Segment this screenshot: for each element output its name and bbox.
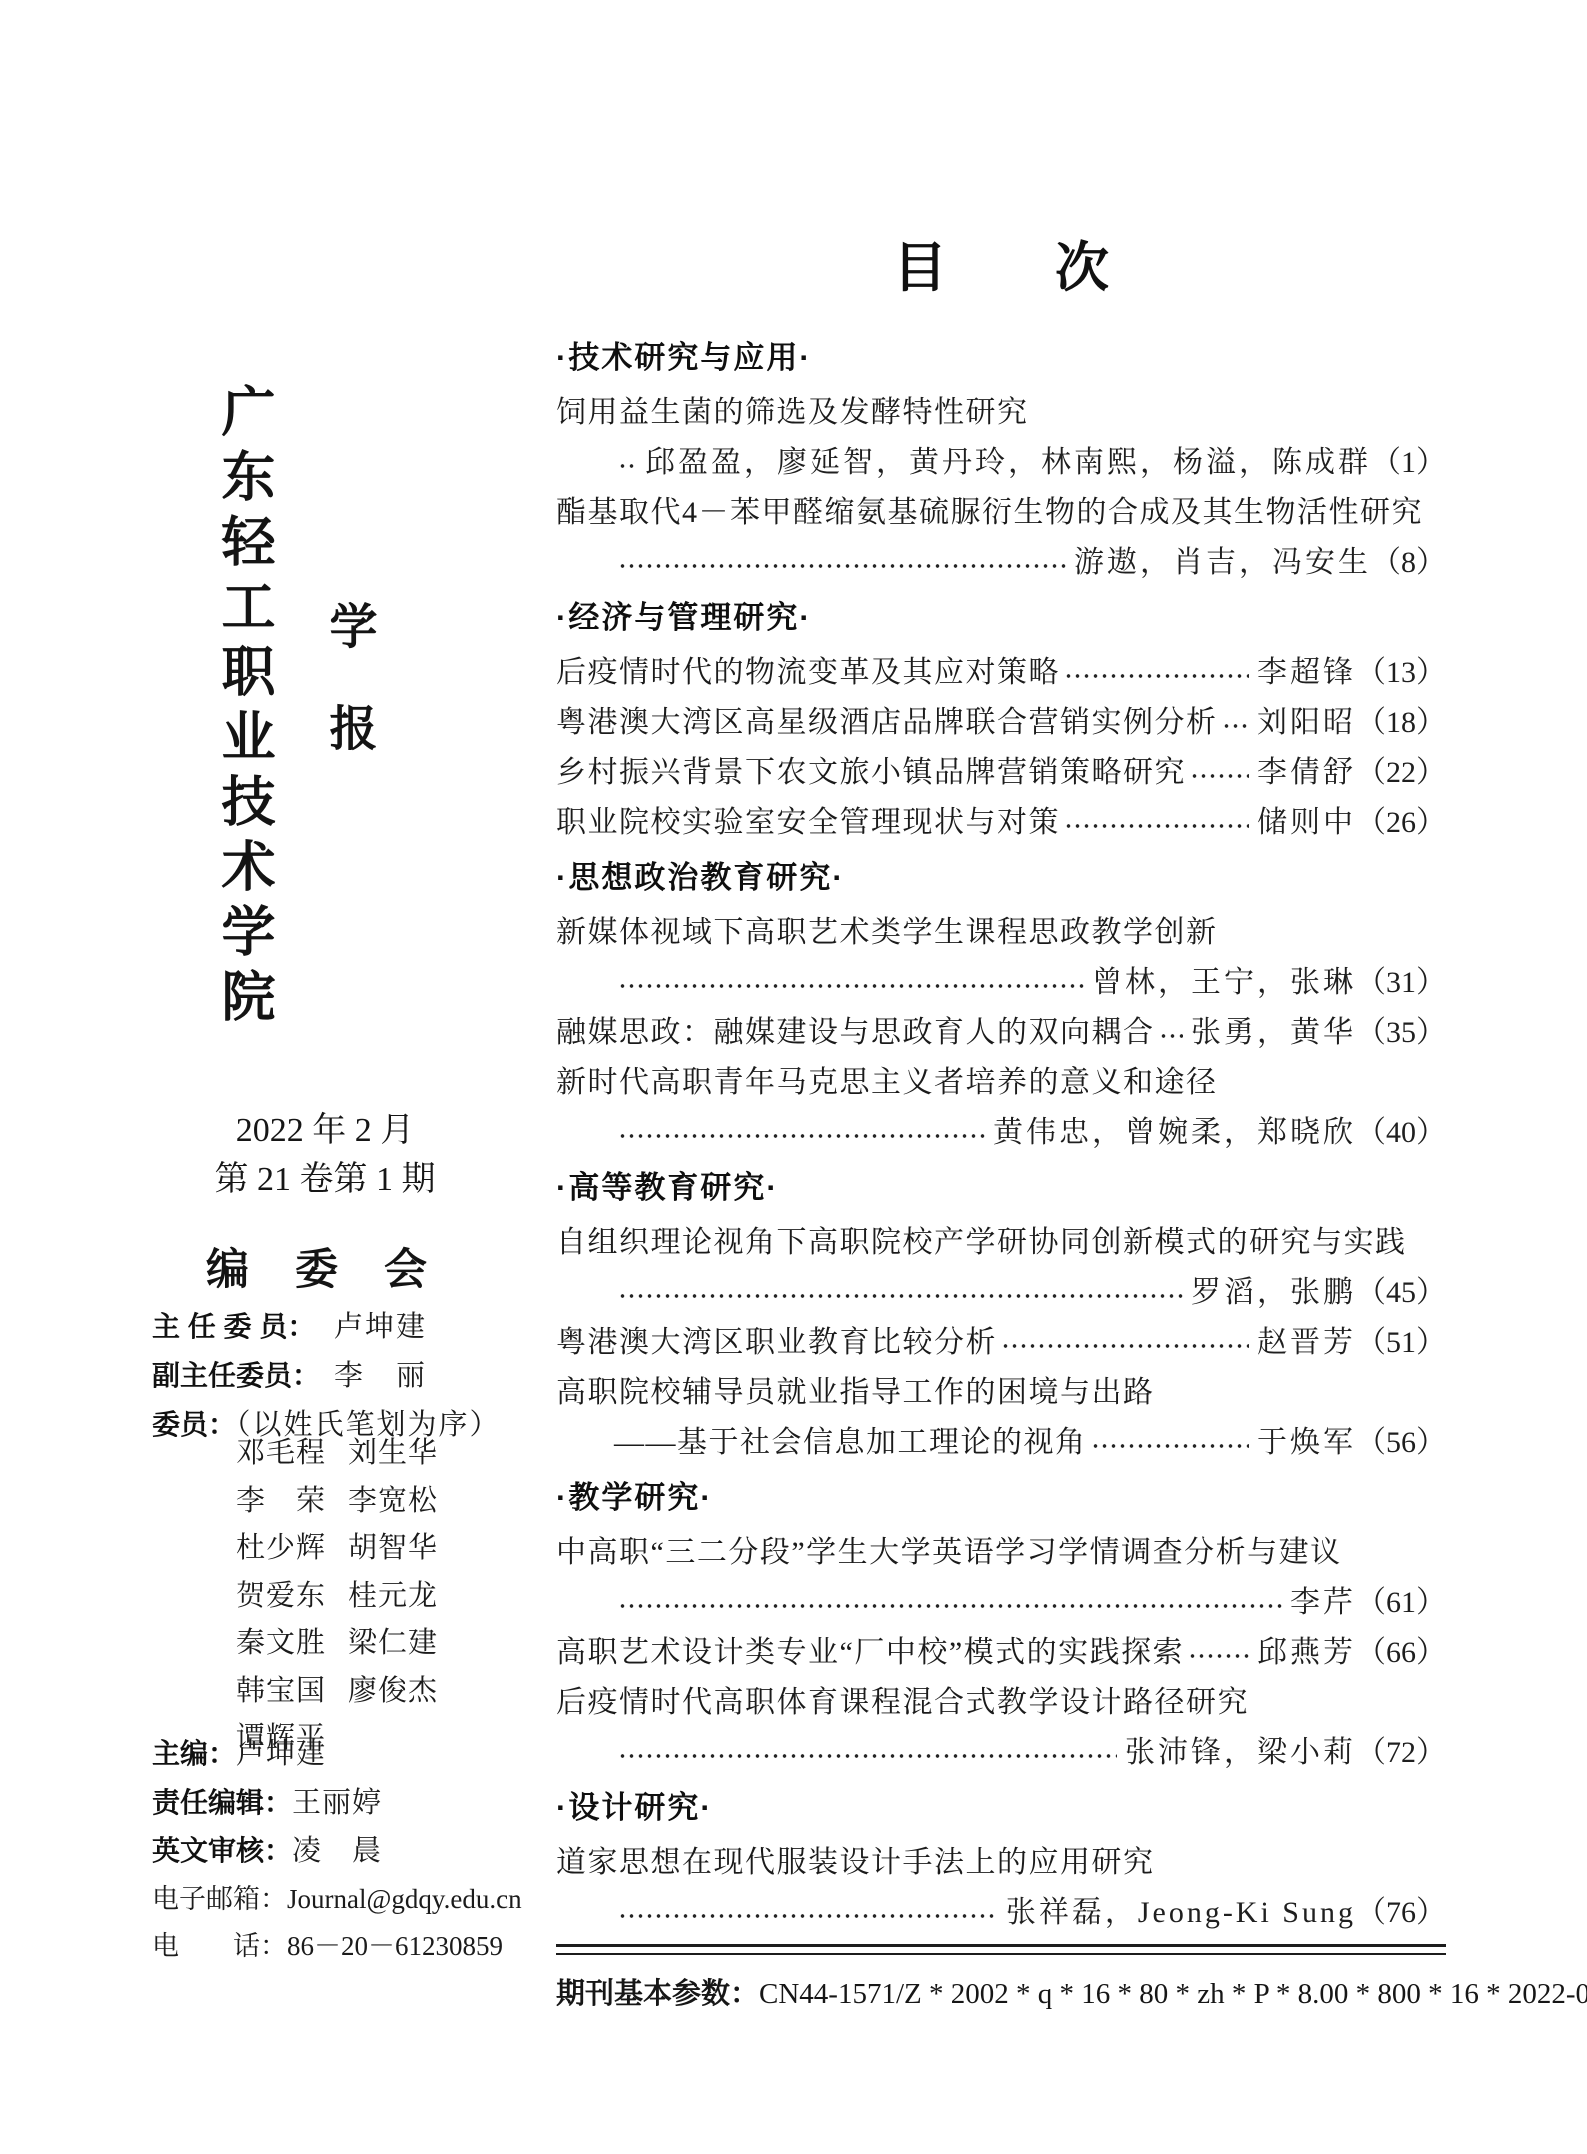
toc-entry-authors-line: ——基于社会信息加工理论的视角于焕军（56） (556, 1418, 1446, 1468)
board-row: 主 任 委 员：卢坤建 (152, 1305, 501, 1354)
dot-leader (618, 1910, 998, 1922)
editorial-board-members: 邓毛程刘生华李 荣李宽松杜少辉胡智华贺爱东桂元龙秦文胜梁仁建韩宝国廖俊杰谭辉平 (236, 1432, 438, 1765)
journal-parameters-label: 期刊基本参数： (556, 1978, 759, 2010)
toc-entry-title-line: 后疫情时代高职体育课程混合式教学设计路径研究 (556, 1678, 1446, 1728)
toc-entry-title-line: 道家思想在现代服装设计手法上的应用研究 (556, 1838, 1446, 1888)
dot-leader (1001, 1340, 1249, 1352)
toc-entry-page: （45） (1356, 1268, 1446, 1318)
dot-leader (618, 1290, 1183, 1302)
board-row-value: 李 丽 (334, 1360, 427, 1392)
issue-info: 2022 年 2 月 第 21 卷第 1 期 (130, 1106, 520, 1204)
toc-entry-title: 乡村振兴背景下农文旅小镇品牌营销策略研究 (556, 748, 1186, 798)
toc-entry-title-line: 高职院校辅导员就业指导工作的困境与出路 (556, 1368, 1446, 1418)
staff-row: 电 话：86－20－61230859 (152, 1925, 522, 1973)
toc-entry-authors: 黄伟忠，曾婉柔，郑晓欣 (993, 1108, 1356, 1158)
toc-entry-authors-line: 曾林，王宁，张琳（31） (556, 958, 1446, 1008)
staff-row-value: 凌 晨 (292, 1835, 382, 1867)
toc-entry-authors-line: 张沛锋，梁小莉（72） (556, 1728, 1446, 1778)
member-row: 邓毛程刘生华 (236, 1432, 438, 1480)
toc-entry-title: 融媒思政：融媒建设与思政育人的双向耦合 (556, 1008, 1155, 1058)
staff-row-label: 主编： (152, 1738, 236, 1769)
staff-row-value: 王丽婷 (292, 1787, 382, 1819)
editorial-board-roles: 主 任 委 员：卢坤建副主任委员：李 丽委员：（以姓氏笔划为序） (152, 1305, 501, 1452)
dot-leader (1091, 1440, 1250, 1452)
member-name: 秦文胜 (236, 1622, 348, 1666)
member-name: 李 荣 (236, 1480, 348, 1524)
toc-entry: 乡村振兴背景下农文旅小镇品牌营销策略研究李倩舒（22） (556, 748, 1446, 798)
editorial-staff: 主编：卢坤建责任编辑：王丽婷英文审核：凌 晨电子邮箱：Journal@gdqy.… (152, 1732, 522, 1973)
staff-row-label: 责任编辑： (152, 1787, 292, 1818)
member-name: 胡智华 (348, 1532, 438, 1564)
toc-entry-authors-line: 黄伟忠，曾婉柔，郑晓欣（40） (556, 1108, 1446, 1158)
journal-name-vertical: 广东轻工职业技术学院 (214, 383, 274, 1033)
toc-entry-authors: 邱燕芳 (1257, 1628, 1356, 1678)
board-row-value: 卢坤建 (334, 1311, 427, 1343)
toc-entry-authors: 刘阳昭 (1257, 698, 1356, 748)
member-name: 杜少辉 (236, 1527, 348, 1571)
toc-section-heading: ·高等教育研究· (556, 1163, 1446, 1213)
toc-entry-page: （22） (1356, 748, 1446, 798)
toc-entry-title: 道家思想在现代服装设计手法上的应用研究 (556, 1838, 1155, 1888)
journal-toc-page: 广东轻工职业技术学院 学报 2022 年 2 月 第 21 卷第 1 期 编委会… (0, 0, 1587, 2154)
toc-entry-title: 自组织理论视角下高职院校产学研协同创新模式的研究与实践 (556, 1218, 1407, 1268)
toc-entry: 高职艺术设计类专业“厂中校”模式的实践探索邱燕芳（66） (556, 1628, 1446, 1678)
toc-title: 目 次 (556, 238, 1446, 298)
toc-entry-title: 高职艺术设计类专业“厂中校”模式的实践探索 (556, 1628, 1184, 1678)
toc-entry-page: （8） (1371, 538, 1446, 588)
board-row-label: 副主任委员： (152, 1354, 334, 1398)
staff-row-value: 卢坤建 (236, 1738, 326, 1770)
member-name: 廖俊杰 (348, 1675, 438, 1707)
member-name: 刘生华 (348, 1437, 438, 1469)
dot-leader (618, 1130, 985, 1142)
toc-entry-page: （56） (1356, 1418, 1446, 1468)
toc-entry-title-line: 新时代高职青年马克思主义者培养的意义和途径 (556, 1058, 1446, 1108)
member-row: 贺爱东桂元龙 (236, 1575, 438, 1623)
toc-entry: 职业院校实验室安全管理现状与对策储则中（26） (556, 798, 1446, 848)
staff-row-value: Journal@gdqy.edu.cn (287, 1884, 522, 1914)
toc-entry-page: （26） (1356, 798, 1446, 848)
toc-entry-authors: 储则中 (1257, 798, 1356, 848)
toc-entry-authors-line: 张祥磊，Jeong-Ki Sung（76） (556, 1888, 1446, 1938)
dot-leader (618, 1600, 1282, 1612)
staff-row-label: 英文审核： (152, 1835, 292, 1866)
dot-leader (618, 980, 1084, 992)
dot-leader (1190, 770, 1249, 782)
toc-entry-authors: 罗滔，张鹏 (1191, 1268, 1356, 1318)
toc-entry-page: （13） (1356, 648, 1446, 698)
toc-entry-authors: 李超锋 (1257, 648, 1356, 698)
toc-entry-title: 饲用益生菌的筛选及发酵特性研究 (556, 388, 1029, 438)
member-row: 秦文胜梁仁建 (236, 1622, 438, 1670)
toc-entry-page: （76） (1356, 1888, 1446, 1938)
member-row: 韩宝国廖俊杰 (236, 1670, 438, 1718)
board-row: 副主任委员：李 丽 (152, 1354, 501, 1403)
toc-entry-authors-line: 游遨，肖吉，冯安生（8） (556, 538, 1446, 588)
toc-entry-page: （40） (1356, 1108, 1446, 1158)
toc-entry-title: 新时代高职青年马克思主义者培养的意义和途径 (556, 1058, 1218, 1108)
toc-entry-title: 粤港澳大湾区高星级酒店品牌联合营销实例分析 (556, 698, 1218, 748)
toc-entry-title: 酯基取代4－苯甲醛缩氨基硫脲衍生物的合成及其生物活性研究 (556, 488, 1423, 538)
toc-entry: 融媒思政：融媒建设与思政育人的双向耦合张勇，黄华（35） (556, 1008, 1446, 1058)
toc-entry-subtitle: ——基于社会信息加工理论的视角 (614, 1418, 1087, 1468)
toc-entry-page: （18） (1356, 698, 1446, 748)
staff-row: 主编：卢坤建 (152, 1732, 522, 1781)
staff-row: 责任编辑：王丽婷 (152, 1781, 522, 1830)
toc-entry-authors: 邱盈盈，廖延智，黄丹玲，林南熙，杨溢，陈成群 (645, 438, 1371, 488)
toc-entry-authors: 张勇，黄华 (1191, 1008, 1356, 1058)
board-row-label: 委员： (152, 1409, 236, 1440)
toc-entry-page: （61） (1356, 1578, 1446, 1628)
toc-entry-title-line: 新媒体视域下高职艺术类学生课程思政教学创新 (556, 908, 1446, 958)
member-row: 杜少辉胡智华 (236, 1527, 438, 1575)
journal-parameters: 期刊基本参数：CN44-1571/Z * 2002 * q * 16 * 80 … (556, 1969, 1446, 2019)
editorial-board-title: 编委会 (206, 1236, 473, 1297)
toc-main: 目 次 ·技术研究与应用·饲用益生菌的筛选及发酵特性研究邱盈盈，廖延智，黄丹玲，… (556, 238, 1446, 2019)
board-row-label: 主 任 委 员： (152, 1305, 334, 1349)
toc-section-heading: ·经济与管理研究· (556, 593, 1446, 643)
toc-entry-title: 新媒体视域下高职艺术类学生课程思政教学创新 (556, 908, 1218, 958)
dot-leader (1222, 720, 1250, 732)
toc-entry-authors: 游遨，肖吉，冯安生 (1074, 538, 1371, 588)
toc-entry-title-line: 饲用益生菌的筛选及发酵特性研究 (556, 388, 1446, 438)
journal-name-suffix: 学报 (320, 601, 376, 805)
toc-entry-title: 粤港澳大湾区职业教育比较分析 (556, 1318, 997, 1368)
dot-leader (1159, 1030, 1184, 1042)
dot-leader (618, 460, 637, 472)
toc-entry-page: （51） (1356, 1318, 1446, 1368)
toc-entry-page: （31） (1356, 958, 1446, 1008)
toc-entry-page: （35） (1356, 1008, 1446, 1058)
member-name: 韩宝国 (236, 1670, 348, 1714)
toc-entry-title: 职业院校实验室安全管理现状与对策 (556, 798, 1060, 848)
member-row: 李 荣李宽松 (236, 1480, 438, 1528)
toc-entry-title: 后疫情时代的物流变革及其应对策略 (556, 648, 1060, 698)
toc-section-heading: ·教学研究· (556, 1473, 1446, 1523)
toc-entry-authors: 张沛锋，梁小莉 (1125, 1728, 1356, 1778)
toc-entry-authors: 李倩舒 (1257, 748, 1356, 798)
toc-entry-authors: 李芹 (1290, 1578, 1356, 1628)
toc-entry-page: （72） (1356, 1728, 1446, 1778)
staff-row-label: 电子邮箱： (152, 1884, 287, 1914)
toc-entry: 粤港澳大湾区职业教育比较分析赵晋芳（51） (556, 1318, 1446, 1368)
staff-row: 电子邮箱：Journal@gdqy.edu.cn (152, 1878, 522, 1926)
toc-entry-page: （1） (1371, 438, 1446, 488)
toc-entry-title-line: 酯基取代4－苯甲醛缩氨基硫脲衍生物的合成及其生物活性研究 (556, 488, 1446, 538)
toc-entry-title: 高职院校辅导员就业指导工作的困境与出路 (556, 1368, 1155, 1418)
dot-leader (1064, 820, 1249, 832)
toc-section-heading: ·设计研究· (556, 1783, 1446, 1833)
toc-entry-title: 中高职“三二分段”学生大学英语学习学情调查分析与建议 (556, 1528, 1342, 1578)
toc-entry-authors-line: 邱盈盈，廖延智，黄丹玲，林南熙，杨溢，陈成群（1） (556, 438, 1446, 488)
dot-leader (618, 1750, 1117, 1762)
toc-entry-authors: 张祥磊，Jeong-Ki Sung (1006, 1888, 1356, 1938)
toc-section-heading: ·技术研究与应用· (556, 333, 1446, 383)
member-name: 李宽松 (348, 1485, 438, 1517)
member-name: 邓毛程 (236, 1432, 348, 1476)
toc-entry-authors: 曾林，王宁，张琳 (1092, 958, 1356, 1008)
toc-entry-authors-line: 李芹（61） (556, 1578, 1446, 1628)
member-name: 桂元龙 (348, 1580, 438, 1612)
dot-leader (1064, 670, 1249, 682)
issue-number: 第 21 卷第 1 期 (130, 1155, 520, 1204)
dot-leader (618, 560, 1066, 572)
toc-entry-authors: 于焕军 (1257, 1418, 1356, 1468)
toc-entry: 后疫情时代的物流变革及其应对策略李超锋（13） (556, 648, 1446, 698)
double-rule (556, 1944, 1446, 1955)
member-name: 贺爱东 (236, 1575, 348, 1619)
staff-row-value: 86－20－61230859 (287, 1931, 503, 1961)
toc-entry-authors-line: 罗滔，张鹏（45） (556, 1268, 1446, 1318)
toc-section-heading: ·思想政治教育研究· (556, 853, 1446, 903)
journal-parameters-value: CN44-1571/Z * 2002 * q * 16 * 80 * zh * … (759, 1978, 1587, 2010)
staff-row-label: 电 话： (152, 1931, 287, 1961)
toc-entry: 粤港澳大湾区高星级酒店品牌联合营销实例分析刘阳昭（18） (556, 698, 1446, 748)
member-name: 梁仁建 (348, 1627, 438, 1659)
issue-date: 2022 年 2 月 (130, 1106, 520, 1155)
toc-entry-authors: 赵晋芳 (1257, 1318, 1356, 1368)
toc-entry-page: （66） (1356, 1628, 1446, 1678)
staff-row: 英文审核：凌 晨 (152, 1829, 522, 1878)
toc-entry-title-line: 自组织理论视角下高职院校产学研协同创新模式的研究与实践 (556, 1218, 1446, 1268)
toc-sections: ·技术研究与应用·饲用益生菌的筛选及发酵特性研究邱盈盈，廖延智，黄丹玲，林南熙，… (556, 333, 1446, 1938)
toc-entry-title: 后疫情时代高职体育课程混合式教学设计路径研究 (556, 1678, 1249, 1728)
dot-leader (1188, 1650, 1249, 1662)
toc-entry-title-line: 中高职“三二分段”学生大学英语学习学情调查分析与建议 (556, 1528, 1446, 1578)
